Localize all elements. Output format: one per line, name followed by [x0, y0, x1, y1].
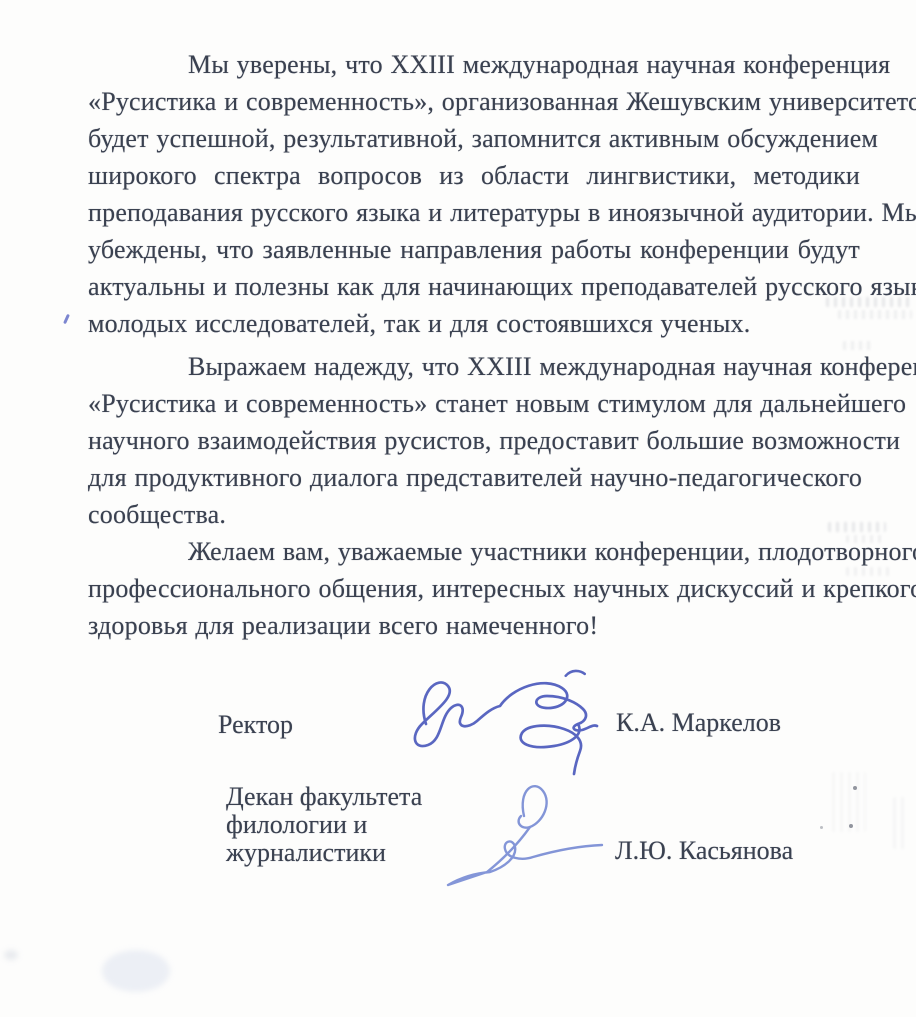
scan-artifact — [849, 824, 853, 828]
scanned-letter-page: Мы уверены, что XXIII международная науч… — [0, 0, 916, 1017]
letter-paragraph: Выражаем надежду, что XXIII международна… — [88, 348, 860, 533]
text-line: научного взаимодействия русистов, предос… — [88, 422, 860, 459]
text-line: для продуктивного диалога представителей… — [88, 459, 860, 496]
signatory-title-line: филологии и — [226, 811, 422, 839]
ink-tick-artifact — [63, 314, 70, 324]
scan-artifact — [853, 786, 857, 790]
signatory-name-rector: К.А. Маркелов — [616, 709, 781, 737]
text-line: «Русистика и современность» станет новым… — [88, 385, 860, 422]
scan-artifact — [820, 826, 823, 829]
text-line: молодых исследователей, так и для состоя… — [88, 305, 860, 342]
text-line: Мы уверены, что XXIII международная науч… — [88, 46, 860, 83]
signatory-title-line: журналистики — [226, 839, 422, 867]
scan-artifact — [4, 950, 18, 960]
scan-artifact — [102, 950, 170, 992]
text-line: здоровья для реализации всего намеченног… — [88, 607, 860, 644]
signatory-title-line: Декан факультета — [226, 783, 422, 811]
dean-signature-ink — [430, 774, 608, 888]
scan-artifact — [893, 797, 905, 849]
signatory-title-dean: Декан факультета филологии и журналистик… — [226, 783, 422, 867]
letter-body: Мы уверены, что XXIII международная науч… — [88, 46, 860, 644]
signatory-title-rector: Ректор — [218, 711, 293, 739]
text-line: сообщества. — [88, 496, 860, 533]
text-line: будет успешной, результативной, запомнит… — [88, 120, 860, 157]
text-line: профессионального общения, интересных на… — [88, 570, 860, 607]
letter-paragraph: Мы уверены, что XXIII международная науч… — [88, 46, 860, 342]
text-line: Выражаем надежду, что XXIII международна… — [88, 348, 860, 385]
text-line: Желаем вам, уважаемые участники конферен… — [88, 533, 860, 570]
text-line: «Русистика и современность», организован… — [88, 83, 860, 120]
scan-artifact — [832, 772, 866, 832]
text-line: актуальны и полезны как для начинающих п… — [88, 268, 860, 305]
rector-signature-ink — [388, 666, 600, 778]
signatory-name-dean: Л.Ю. Касьянова — [615, 837, 793, 865]
letter-paragraph: Желаем вам, уважаемые участники конферен… — [88, 533, 860, 644]
text-line: преподавания русского языка и литературы… — [88, 194, 860, 231]
text-line: широкого спектра вопросов из области лин… — [88, 157, 860, 194]
text-line: убеждены, что заявленные направления раб… — [88, 231, 860, 268]
